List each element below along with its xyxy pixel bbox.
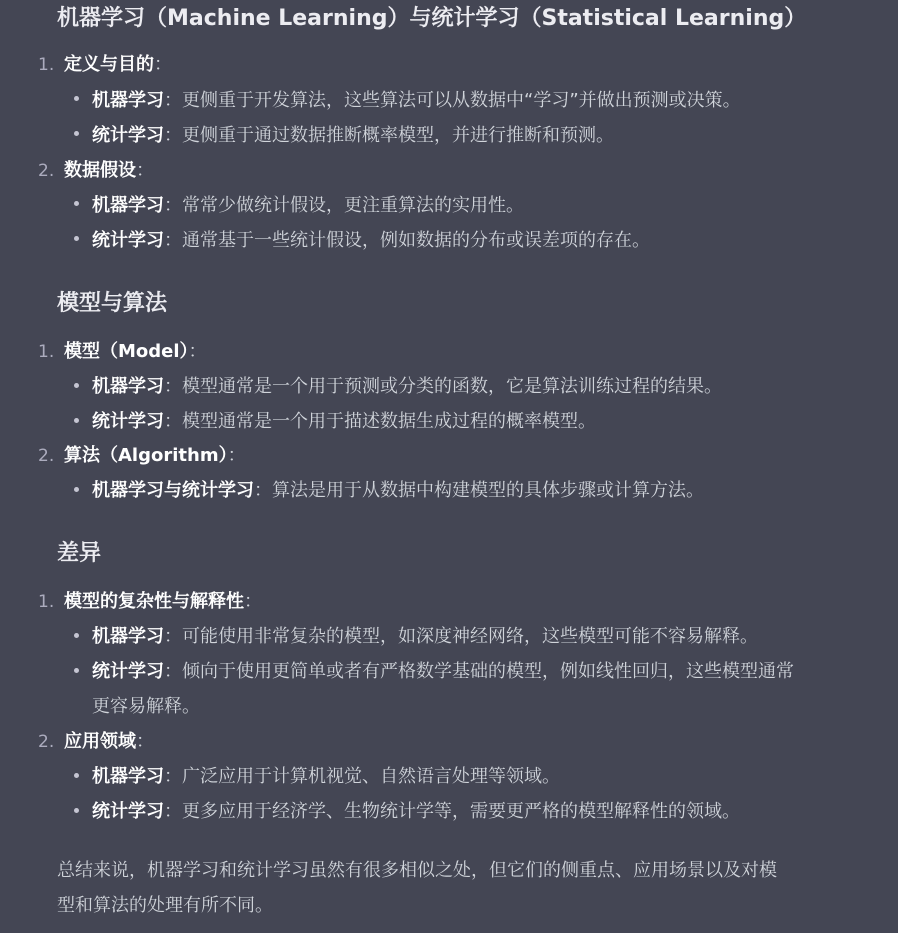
separator: ： xyxy=(164,230,182,251)
list-item-continuation: 更容易解释。 xyxy=(92,694,200,720)
summary-paragraph-line-1: 总结来说，机器学习和统计学习虽然有很多相似之处，但它们的侧重点、应用场景以及对模 xyxy=(57,858,777,884)
term: 机器学习 xyxy=(92,195,164,216)
description: 模型通常是一个用于描述数据生成过程的概率模型。 xyxy=(182,411,596,432)
list-item-label: 数据假设： xyxy=(64,158,154,184)
separator: ： xyxy=(164,766,182,787)
section-heading-model-algorithm: 模型与算法 xyxy=(57,289,167,319)
separator: ： xyxy=(164,90,182,111)
list-number: 2. xyxy=(38,158,54,184)
colon: ： xyxy=(136,160,154,181)
list-item: 机器学习：模型通常是一个用于预测或分类的函数，它是算法训练过程的结果。 xyxy=(92,374,722,400)
description: 倾向于使用更简单或者有严格数学基础的模型，例如线性回归，这些模型通常 xyxy=(182,661,794,682)
description: 更多应用于经济学、生物统计学等，需要更严格的模型解释性的领域。 xyxy=(182,801,740,822)
list-item-label-text: 算法（Algorithm） xyxy=(64,445,228,466)
bullet-icon xyxy=(74,418,79,423)
bullet-icon xyxy=(74,773,79,778)
list-item: 统计学习：更侧重于通过数据推断概率模型，并进行推断和预测。 xyxy=(92,123,614,149)
list-item: 机器学习：更侧重于开发算法，这些算法可以从数据中“学习”并做出预测或决策。 xyxy=(92,88,741,114)
list-item-label: 算法（Algorithm）： xyxy=(64,443,246,469)
separator: ： xyxy=(164,376,182,397)
list-number: 2. xyxy=(38,729,54,755)
list-number: 1. xyxy=(38,339,54,365)
bullet-icon xyxy=(74,633,79,638)
description: 更侧重于通过数据推断概率模型，并进行推断和预测。 xyxy=(182,125,614,146)
separator: ： xyxy=(164,626,182,647)
separator: ： xyxy=(254,480,272,501)
list-item-label: 模型（Model）： xyxy=(64,339,207,365)
bullet-icon xyxy=(74,487,79,492)
list-item-label: 应用领域： xyxy=(64,729,154,755)
list-item-label: 定义与目的： xyxy=(64,52,172,78)
list-item: 统计学习：通常基于一些统计假设，例如数据的分布或误差项的存在。 xyxy=(92,228,650,254)
term: 统计学习 xyxy=(92,661,164,682)
section-heading-differences: 差异 xyxy=(57,539,101,569)
list-item-label-text: 数据假设 xyxy=(64,160,136,181)
term: 机器学习 xyxy=(92,766,164,787)
description: 算法是用于从数据中构建模型的具体步骤或计算方法。 xyxy=(272,480,704,501)
description: 广泛应用于计算机视觉、自然语言处理等领域。 xyxy=(182,766,560,787)
list-item-label: 模型的复杂性与解释性： xyxy=(64,589,262,615)
description: 常常少做统计假设，更注重算法的实用性。 xyxy=(182,195,524,216)
bullet-icon xyxy=(74,96,79,101)
colon: ： xyxy=(136,731,154,752)
section-heading-ml-vs-sl: 机器学习（Machine Learning）与统计学习（Statistical … xyxy=(57,4,806,34)
term: 统计学习 xyxy=(92,230,164,251)
list-number: 2. xyxy=(38,443,54,469)
list-number: 1. xyxy=(38,52,54,78)
separator: ： xyxy=(164,801,182,822)
list-item: 统计学习：更多应用于经济学、生物统计学等，需要更严格的模型解释性的领域。 xyxy=(92,799,740,825)
term: 统计学习 xyxy=(92,801,164,822)
term: 机器学习与统计学习 xyxy=(92,480,254,501)
separator: ： xyxy=(164,411,182,432)
separator: ： xyxy=(164,125,182,146)
list-item: 机器学习与统计学习：算法是用于从数据中构建模型的具体步骤或计算方法。 xyxy=(92,478,704,504)
description: 更侧重于开发算法，这些算法可以从数据中“学习”并做出预测或决策。 xyxy=(182,90,741,111)
list-item: 机器学习：广泛应用于计算机视觉、自然语言处理等领域。 xyxy=(92,764,560,790)
term: 统计学习 xyxy=(92,411,164,432)
list-item-label-text: 模型（Model） xyxy=(64,341,189,362)
colon: ： xyxy=(154,54,172,75)
term: 机器学习 xyxy=(92,626,164,647)
colon: ： xyxy=(189,341,207,362)
list-item-label-text: 应用领域 xyxy=(64,731,136,752)
bullet-icon xyxy=(74,236,79,241)
separator: ： xyxy=(164,195,182,216)
bullet-icon xyxy=(74,383,79,388)
term: 统计学习 xyxy=(92,125,164,146)
summary-paragraph-line-2: 型和算法的处理有所不同。 xyxy=(57,893,273,919)
bullet-icon xyxy=(74,668,79,673)
description: 可能使用非常复杂的模型，如深度神经网络，这些模型可能不容易解释。 xyxy=(182,626,758,647)
term: 机器学习 xyxy=(92,90,164,111)
bullet-icon xyxy=(74,201,79,206)
description: 通常基于一些统计假设，例如数据的分布或误差项的存在。 xyxy=(182,230,650,251)
list-item-label-text: 定义与目的 xyxy=(64,54,154,75)
term: 机器学习 xyxy=(92,376,164,397)
description: 模型通常是一个用于预测或分类的函数，它是算法训练过程的结果。 xyxy=(182,376,722,397)
list-item: 统计学习：模型通常是一个用于描述数据生成过程的概率模型。 xyxy=(92,409,596,435)
list-item: 机器学习：可能使用非常复杂的模型，如深度神经网络，这些模型可能不容易解释。 xyxy=(92,624,758,650)
colon: ： xyxy=(228,445,246,466)
bullet-icon xyxy=(74,808,79,813)
list-item: 机器学习：常常少做统计假设，更注重算法的实用性。 xyxy=(92,193,524,219)
colon: ： xyxy=(244,591,262,612)
list-number: 1. xyxy=(38,589,54,615)
separator: ： xyxy=(164,661,182,682)
list-item-label-text: 模型的复杂性与解释性 xyxy=(64,591,244,612)
bullet-icon xyxy=(74,131,79,136)
list-item: 统计学习：倾向于使用更简单或者有严格数学基础的模型，例如线性回归，这些模型通常 xyxy=(92,659,794,685)
